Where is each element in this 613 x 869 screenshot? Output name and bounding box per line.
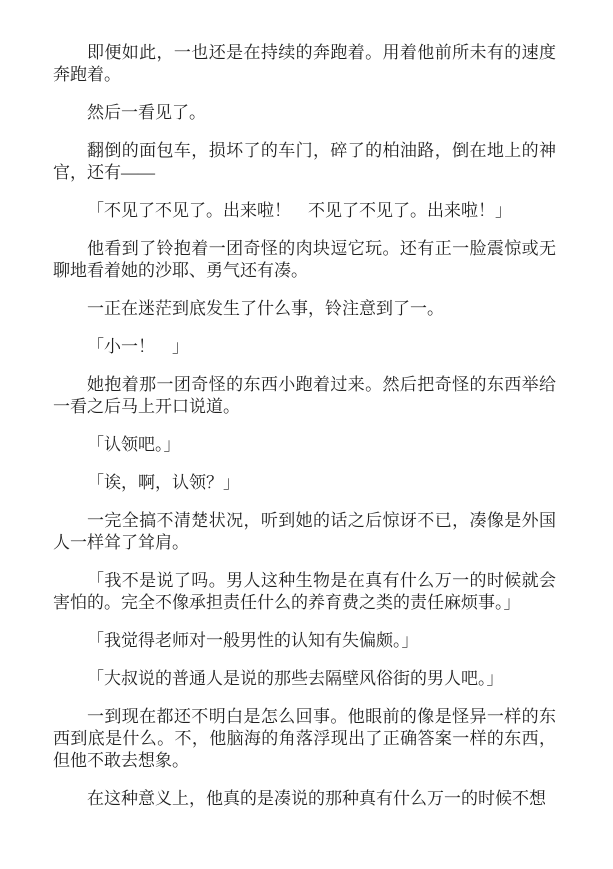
paragraph: 她抱着那一团奇怪的东西小跑着过来。然后把奇怪的东西举给一看之后马上开口说道。 [53, 374, 556, 418]
document-page: 即便如此，一也还是在持续的奔跑着。用着他前所未有的速度奔跑着。 然后一看见了。 … [0, 0, 613, 869]
paragraph-dialogue: 「诶，啊，认领？」 [53, 472, 556, 494]
paragraph-dialogue: 「小一！ 」 [53, 336, 556, 358]
paragraph: 一到现在都还不明白是怎么回事。他眼前的像是怪异一样的东西到底是什么。不，他脑海的… [53, 706, 556, 772]
paragraph: 在这种意义上，他真的是凑说的那种真有什么万一的时候不想 [53, 788, 556, 810]
paragraph-dialogue: 「大叔说的普通人是说的那些去隔壁风俗街的男人吧。」 [53, 668, 556, 690]
paragraph-dialogue: 「不见了不见了。出来啦！ 不见了不见了。出来啦！」 [53, 200, 556, 222]
paragraph-dialogue: 「我不是说了吗。男人这种生物是在真有什么万一的时候就会害怕的。完全不像承担责任什… [53, 570, 556, 614]
paragraph-dialogue: 「认领吧。」 [53, 434, 556, 456]
paragraph: 翻倒的面包车，损坏了的车门，碎了的柏油路，倒在地上的神官，还有—— [53, 140, 556, 184]
paragraph-dialogue: 「我觉得老师对一般男性的认知有失偏颇。」 [53, 630, 556, 652]
paragraph: 然后一看见了。 [53, 102, 556, 124]
paragraph: 即便如此，一也还是在持续的奔跑着。用着他前所未有的速度奔跑着。 [53, 42, 556, 86]
paragraph: 一正在迷茫到底发生了什么事，铃注意到了一。 [53, 298, 556, 320]
paragraph: 他看到了铃抱着一团奇怪的肉块逗它玩。还有正一脸震惊或无聊地看着她的沙耶、勇气还有… [53, 238, 556, 282]
paragraph: 一完全搞不清楚状况，听到她的话之后惊讶不已，凑像是外国人一样耸了耸肩。 [53, 510, 556, 554]
